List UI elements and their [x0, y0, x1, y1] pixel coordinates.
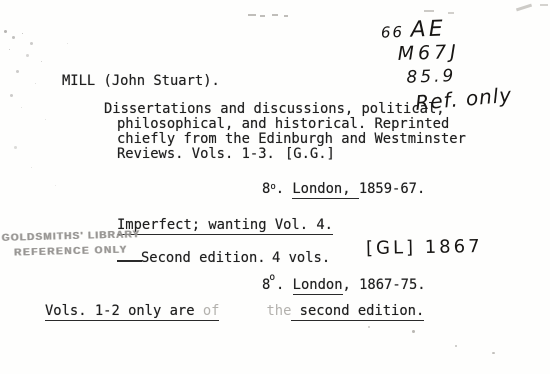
bottom-note: Vols. 1-2 only are ofthe second edition. [45, 304, 424, 319]
handwritten-gl-note: [GL] 1867 [366, 236, 483, 259]
format-superscript-o: o [269, 272, 275, 283]
imprint-date: , 1867-75. [343, 277, 426, 293]
scan-artifact [412, 330, 415, 333]
author-heading: MILL (John Stuart). [62, 74, 220, 89]
classmark-ae: AE [410, 16, 446, 42]
bottom-note-faded-the: the [266, 303, 291, 319]
bottom-note-part1: Vols. 1-2 only are [45, 303, 195, 319]
edition-statement: Second edition. [141, 251, 266, 266]
format-superscript-o: o [270, 182, 275, 192]
scan-artifact [248, 14, 256, 16]
scan-artifact [260, 15, 265, 17]
imprint-place: London, [292, 181, 358, 199]
bottom-note-left: Vols. 1-2 only are of [45, 303, 219, 321]
imperfect-note-text: Imperfect; wanting Vol. 4. [117, 217, 333, 235]
title-line-4-text: Reviews. Vols. 1-3. [117, 146, 275, 162]
edition-vols: 4 vols. [272, 251, 330, 266]
imprint-date: 1859-67. [359, 181, 425, 197]
dash-rule [117, 260, 142, 262]
bottom-note-faded-of: of [195, 303, 220, 319]
scan-artifact [272, 14, 278, 16]
imprint-1859: 8o. London, 1859-67. [262, 182, 425, 199]
imperfect-note: Imperfect; wanting Vol. 4. [117, 218, 333, 233]
classmark-line-2: M67J [397, 41, 460, 65]
format-period: . [276, 181, 293, 197]
catalog-card-scan: 66 AE M67J 85.9 Ref. only MILL (John Stu… [0, 0, 550, 374]
stamp-line-1: GOLDSMITHS' LIBRARY [2, 229, 141, 244]
classmark-line-1: 66 AE [380, 16, 446, 43]
scan-noise-topleft [4, 30, 7, 33]
title-line-4: Reviews. Vols. 1-3.[G.G.] [117, 147, 275, 162]
imprint-1867: 8o. London, 1867-75. [262, 278, 426, 294]
title-line-1: Dissertations and discussions, political… [104, 102, 445, 117]
imprint-place: London [293, 277, 343, 295]
classmark-line-3: 85.9 [406, 66, 457, 88]
format-period: . [276, 277, 293, 293]
scan-artifact [492, 352, 495, 354]
library-stamp: GOLDSMITHS' LIBRARY REFERENCE ONLY [2, 229, 141, 259]
scan-artifact [368, 326, 370, 328]
title-line-3: chiefly from the Edinburgh and Westminst… [117, 132, 466, 147]
title-line-2: philosophical, and historical. Reprinted [117, 117, 449, 132]
bottom-note-part2: second edition. [291, 303, 424, 321]
scan-artifact [284, 15, 288, 17]
scan-artifact [455, 345, 457, 347]
cataloguer-initials: [G.G.] [285, 147, 335, 162]
classmark-66: 66 [381, 23, 411, 42]
stamp-line-2: REFERENCE ONLY [14, 244, 141, 258]
scan-artifact [540, 4, 548, 6]
